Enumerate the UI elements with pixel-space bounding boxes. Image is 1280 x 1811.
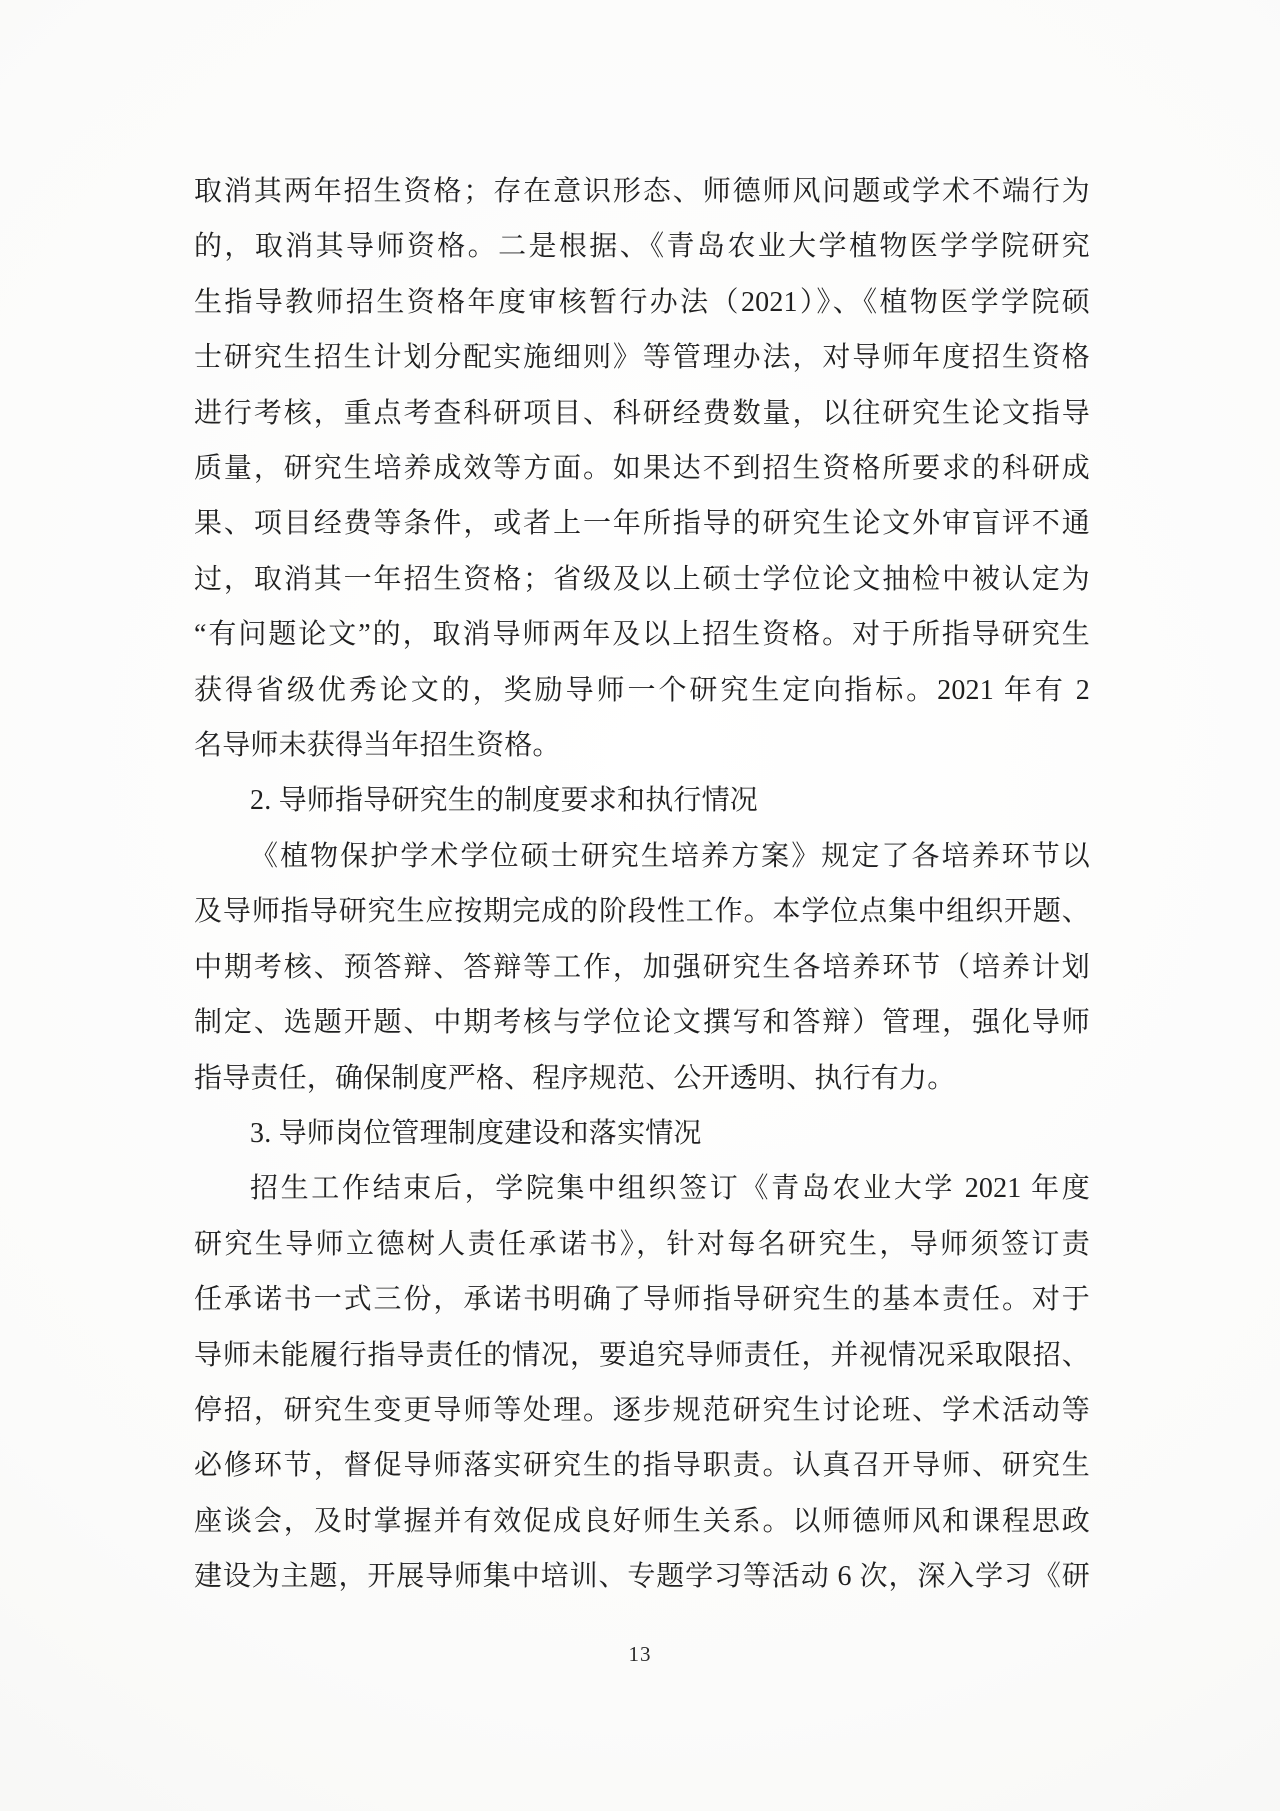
document-page: 取消其两年招生资格；存在意识形态、师德师风问题或学术不端行为的，取消其导师资格。… [0,0,1280,1811]
text-line: 建设为主题，开展导师集中培训、专题学习等活动 6 次，深入学习《研 [194,1549,1090,1604]
text-line: 进行考核，重点考查科研项目、科研经费数量，以往研究生论文指导 [194,386,1090,441]
text-line: 获得省级优秀论文的，奖励导师一个研究生定向指标。2021 年有 2 [194,663,1090,718]
text-line: 果、项目经费等条件，或者上一年所指导的研究生论文外审盲评不通 [194,496,1090,551]
text-line: 《植物保护学术学位硕士研究生培养方案》规定了各培养环节以 [194,829,1090,884]
paragraph: 取消其两年招生资格；存在意识形态、师德师风问题或学术不端行为的，取消其导师资格。… [194,164,1090,773]
text-line: 的，取消其导师资格。二是根据、《青岛农业大学植物医学学院研究 [194,219,1090,274]
text-line: 招生工作结束后，学院集中组织签订《青岛农业大学 2021 年度 [194,1161,1090,1216]
text-line: 制定、选题开题、中期考核与学位论文撰写和答辩）管理，强化导师 [194,995,1090,1050]
paragraph: 3. 导师岗位管理制度建设和落实情况 [194,1106,1090,1161]
text-line: 研究生导师立德树人责任承诺书》，针对每名研究生，导师须签订责 [194,1217,1090,1272]
text-line: “有问题论文”的，取消导师两年及以上招生资格。对于所指导研究生 [194,607,1090,662]
text-line: 任承诺书一式三份，承诺书明确了导师指导研究生的基本责任。对于 [194,1272,1090,1327]
text-line: 2. 导师指导研究生的制度要求和执行情况 [194,773,1090,828]
text-line: 质量，研究生培养成效等方面。如果达不到招生资格所要求的科研成 [194,441,1090,496]
text-line: 导师未能履行指导责任的情况，要追究导师责任，并视情况采取限招、 [194,1328,1090,1383]
text-line: 3. 导师岗位管理制度建设和落实情况 [194,1106,1090,1161]
text-line: 士研究生招生计划分配实施细则》等管理办法，对导师年度招生资格 [194,330,1090,385]
text-line: 中期考核、预答辩、答辩等工作，加强研究生各培养环节（培养计划 [194,940,1090,995]
text-line: 名导师未获得当年招生资格。 [194,718,1090,773]
text-line: 过，取消其一年招生资格；省级及以上硕士学位论文抽检中被认定为 [194,552,1090,607]
text-line: 座谈会，及时掌握并有效促成良好师生关系。以师德师风和课程思政 [194,1494,1090,1549]
text-line: 指导责任，确保制度严格、程序规范、公开透明、执行有力。 [194,1051,1090,1106]
text-line: 生指导教师招生资格年度审核暂行办法（2021）》、《植物医学学院硕 [194,275,1090,330]
text-line: 停招，研究生变更导师等处理。逐步规范研究生讨论班、学术活动等 [194,1383,1090,1438]
page-number: 13 [0,1642,1280,1667]
paragraph: 2. 导师指导研究生的制度要求和执行情况 [194,773,1090,828]
text-line: 取消其两年招生资格；存在意识形态、师德师风问题或学术不端行为 [194,164,1090,219]
paragraph: 《植物保护学术学位硕士研究生培养方案》规定了各培养环节以及导师指导研究生应按期完… [194,829,1090,1106]
text-line: 必修环节，督促导师落实研究生的指导职责。认真召开导师、研究生 [194,1438,1090,1493]
text-block: 取消其两年招生资格；存在意识形态、师德师风问题或学术不端行为的，取消其导师资格。… [194,164,1090,1605]
text-line: 及导师指导研究生应按期完成的阶段性工作。本学位点集中组织开题、 [194,884,1090,939]
paragraph: 招生工作结束后，学院集中组织签订《青岛农业大学 2021 年度研究生导师立德树人… [194,1161,1090,1604]
